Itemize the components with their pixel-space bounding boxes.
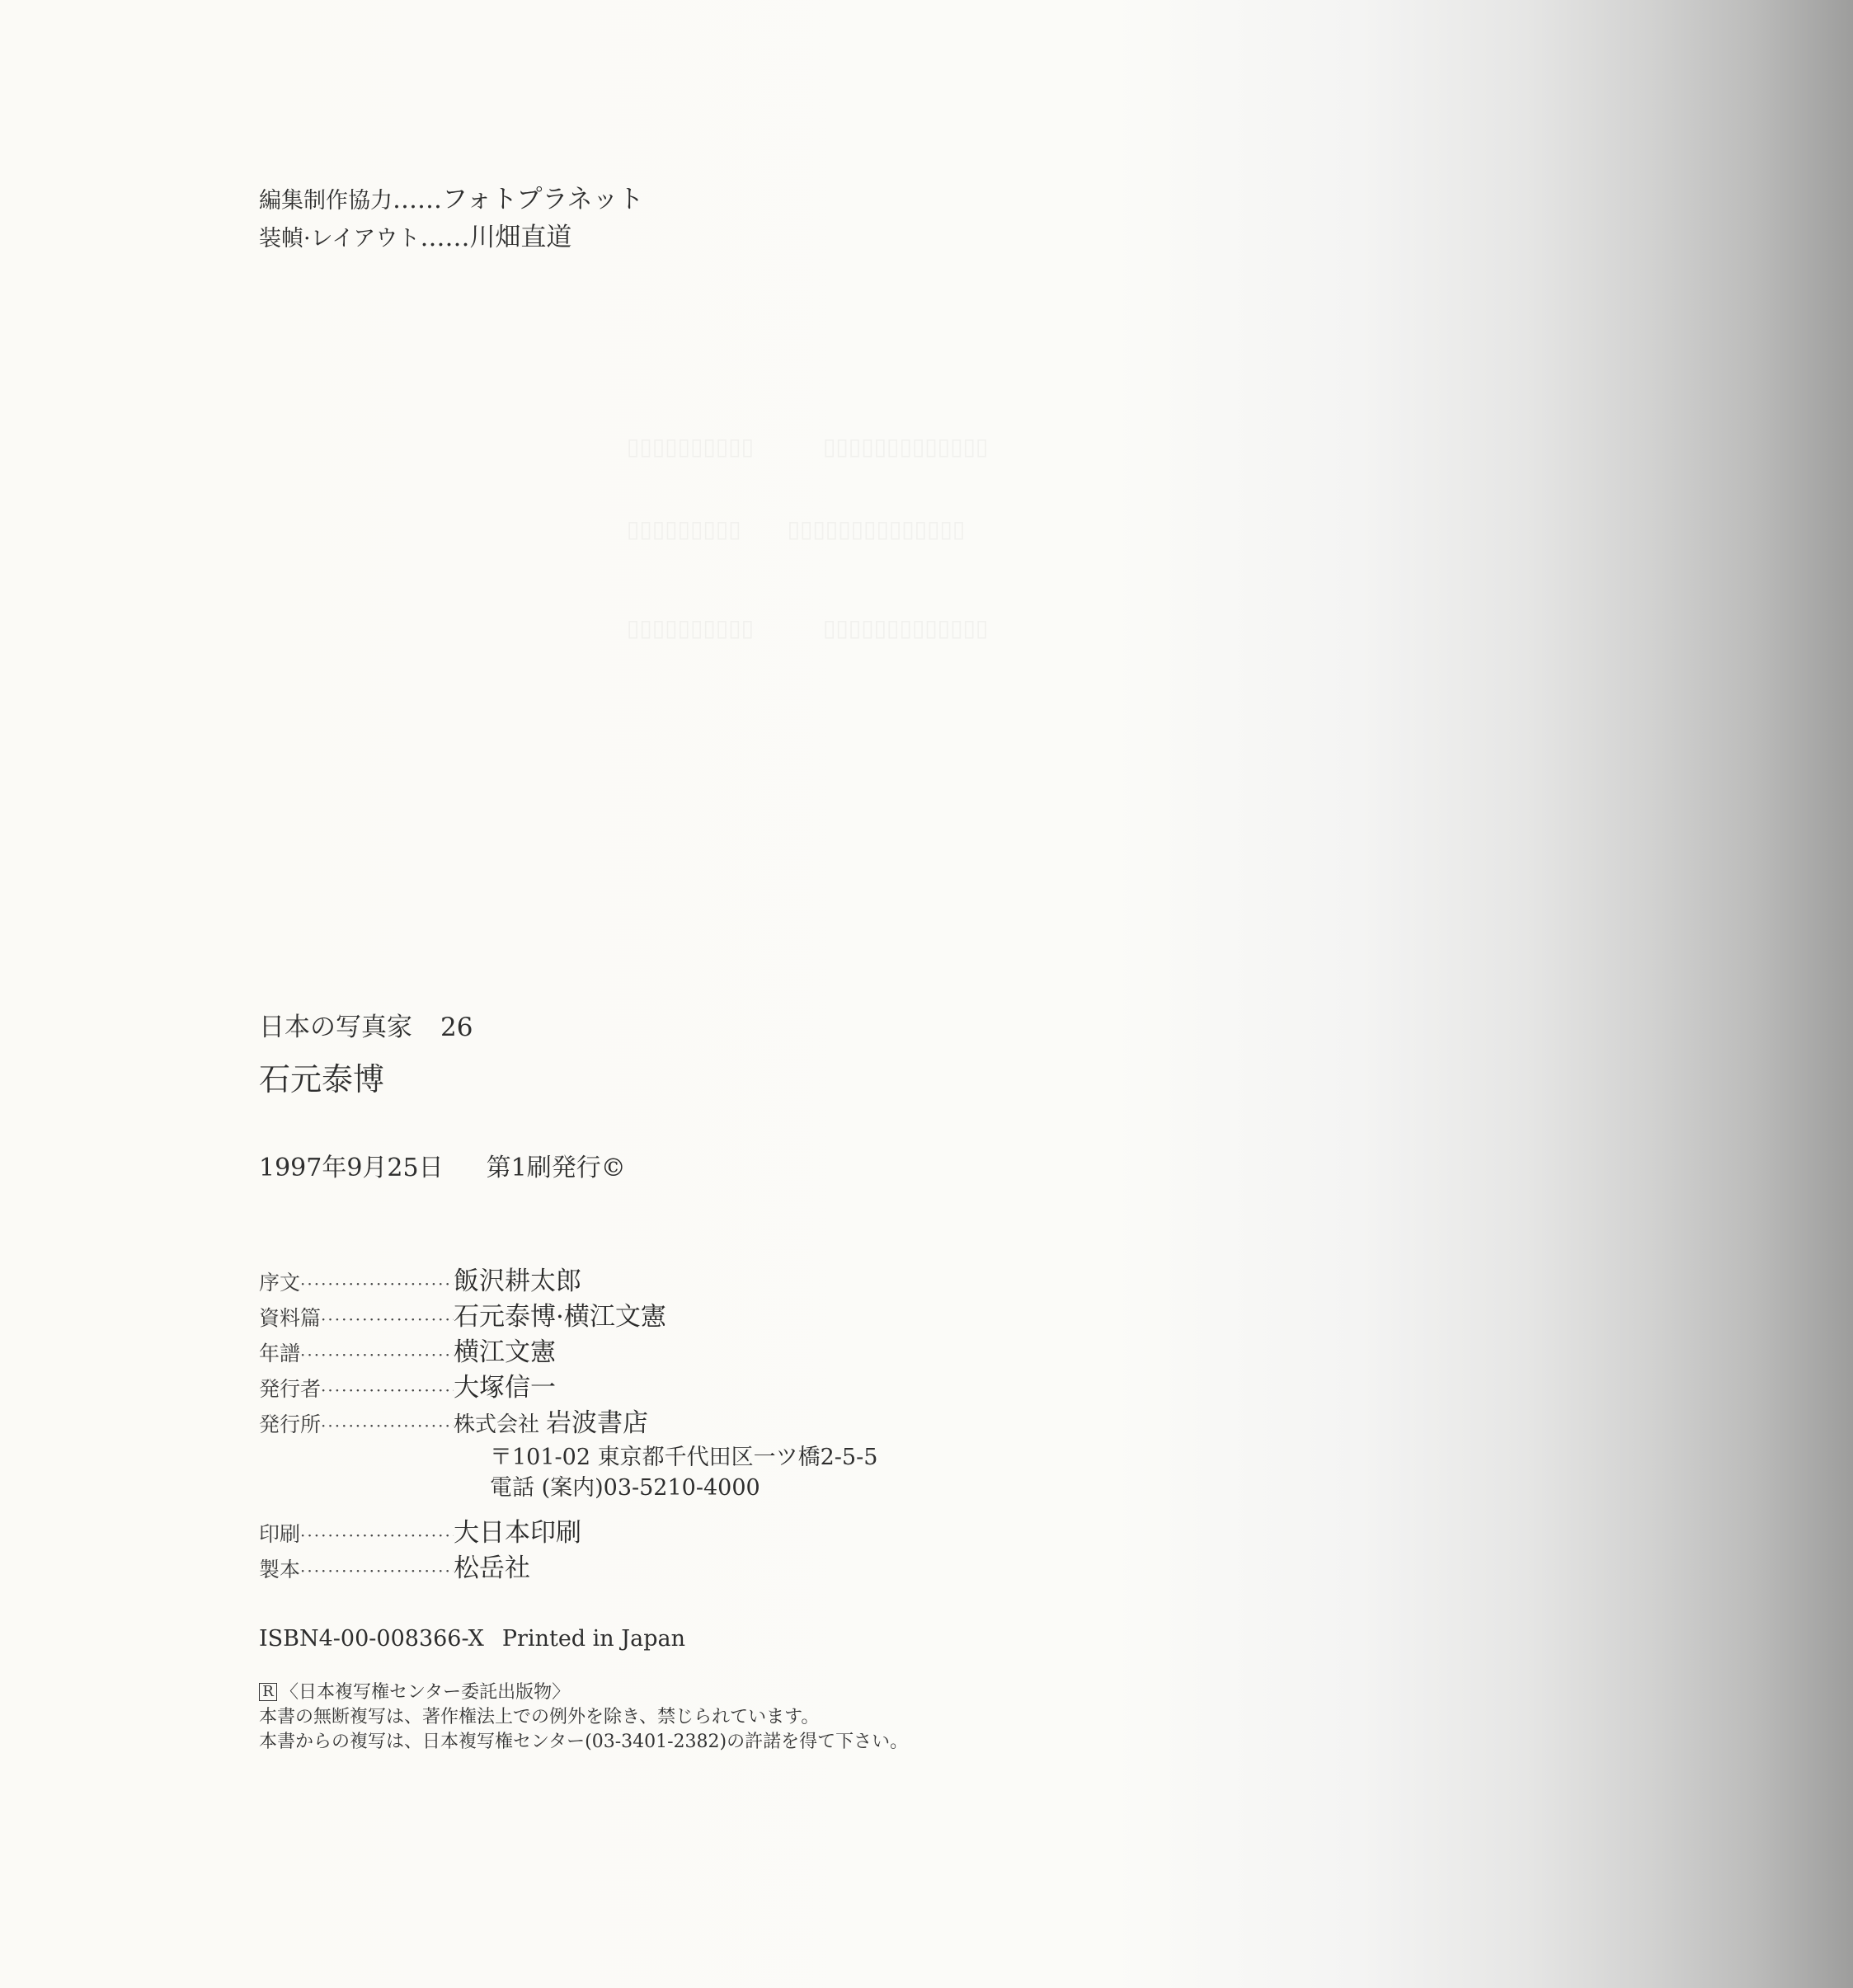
notice-line: 本書からの複写は、日本複写権センター(03-3401-2382)の許諾を得て下さ…: [259, 1730, 908, 1755]
staff-role: 印刷: [259, 1518, 300, 1548]
notice-line: 本書の無断複写は、著作権法上での例外を除き、禁じられています。: [259, 1705, 908, 1730]
staff-row-binding: 製本·································· 松岳社: [259, 1547, 877, 1582]
staff-name: 大日本印刷: [454, 1511, 581, 1549]
staff-row-preface: 序文·································· 飯沢耕…: [259, 1260, 877, 1295]
staff-row-publisher-person: 発行者·································· 大塚…: [259, 1366, 877, 1402]
isbn-line: ISBN4-00-008366-XPrinted in Japan: [259, 1624, 685, 1654]
credit-leader: ……: [420, 223, 469, 252]
staff-name: 松岳社: [454, 1547, 530, 1584]
edition-note: 第1刷発行©: [487, 1154, 626, 1182]
dot-leader: ··································: [300, 1561, 454, 1581]
publication-date: 1997年9月25日: [259, 1154, 444, 1182]
staff-name: 大塚信一: [454, 1366, 556, 1403]
show-through-text: ▯▯▯▯▯▯▯▯▯▯▯▯▯▯ ▯▯▯▯▯▯▯▯▯: [627, 511, 965, 544]
publication-date-line: 1997年9月25日第1刷発行©: [259, 1151, 626, 1186]
postal-address: 〒101-02 東京都千代田区一ツ橋2-5-5: [490, 1442, 877, 1473]
staff-row-materials: 資料篇·································· 石元…: [259, 1295, 877, 1331]
credit-row-design: 装幀·レイアウト……川畑直道: [259, 219, 644, 257]
staff-list: 序文·································· 飯沢耕…: [259, 1260, 877, 1582]
dot-leader: ··································: [300, 1274, 454, 1294]
staff-role: 製本: [259, 1553, 300, 1583]
series-volume: 26: [440, 1013, 473, 1042]
dot-leader: ··································: [321, 1416, 454, 1436]
credit-leader: ……: [393, 186, 442, 214]
dot-leader: ··································: [321, 1380, 454, 1400]
staff-name: 横江文憲: [454, 1331, 556, 1368]
credit-row-editorial: 編集制作協力……フォトプラネット: [259, 181, 644, 219]
show-through-text: ▯▯▯▯▯▯▯▯▯▯▯▯▯ ▯▯▯▯▯▯▯▯▯▯: [627, 429, 988, 462]
show-through-text: ▯▯▯▯▯▯▯▯▯▯▯▯▯ ▯▯▯▯▯▯▯▯▯▯: [627, 610, 988, 643]
book-title: 石元泰博: [259, 1059, 384, 1100]
staff-row-publishing-house: 発行所·································· 株式…: [259, 1402, 877, 1437]
series-name: 日本の写真家: [259, 1013, 412, 1042]
dot-leader: ··································: [321, 1309, 454, 1329]
notice-title: 〈日本複写権センター委託出版物〉: [280, 1682, 570, 1703]
corp-prefix: 株式会社: [454, 1412, 539, 1437]
staff-name: 飯沢耕太郎: [454, 1260, 581, 1297]
phone-number: 電話 (案内)03-5210-4000: [490, 1473, 877, 1503]
staff-name: 石元泰博·横江文憲: [454, 1295, 666, 1332]
credit-name: フォトプラネット: [442, 185, 644, 214]
registered-mark-icon: R: [259, 1683, 277, 1701]
staff-role: 発行所: [259, 1408, 321, 1438]
staff-role: 資料篇: [259, 1302, 321, 1332]
colophon-page: ▯▯▯▯▯▯▯▯▯▯▯▯▯ ▯▯▯▯▯▯▯▯▯▯ ▯▯▯▯▯▯▯▯▯▯▯▯▯▯ …: [0, 0, 1853, 1988]
copyright-notice: R〈日本複写権センター委託出版物〉 本書の無断複写は、著作権法上での例外を除き、…: [259, 1680, 908, 1755]
staff-role: 発行者: [259, 1373, 321, 1403]
staff-name: 岩波書店: [546, 1408, 648, 1438]
series-title: 日本の写真家26: [259, 1011, 473, 1044]
publisher-address: 〒101-02 東京都千代田区一ツ橋2-5-5 電話 (案内)03-5210-4…: [490, 1442, 877, 1503]
staff-role: 年譜: [259, 1337, 300, 1367]
dot-leader: ··································: [300, 1525, 454, 1545]
staff-row-printing: 印刷·································· 大日本…: [259, 1511, 877, 1547]
dot-leader: ··································: [300, 1345, 454, 1365]
isbn-code: ISBN4-00-008366-X: [259, 1626, 484, 1652]
top-credits: 編集制作協力……フォトプラネット 装幀·レイアウト……川畑直道: [259, 181, 644, 257]
credit-name: 川畑直道: [469, 223, 571, 252]
staff-row-chronology: 年譜·································· 横江文…: [259, 1331, 877, 1366]
credit-role: 編集制作協力: [259, 188, 393, 214]
printed-in: Printed in Japan: [502, 1626, 685, 1652]
credit-role: 装幀·レイアウト: [259, 226, 420, 251]
staff-role: 序文: [259, 1267, 300, 1296]
